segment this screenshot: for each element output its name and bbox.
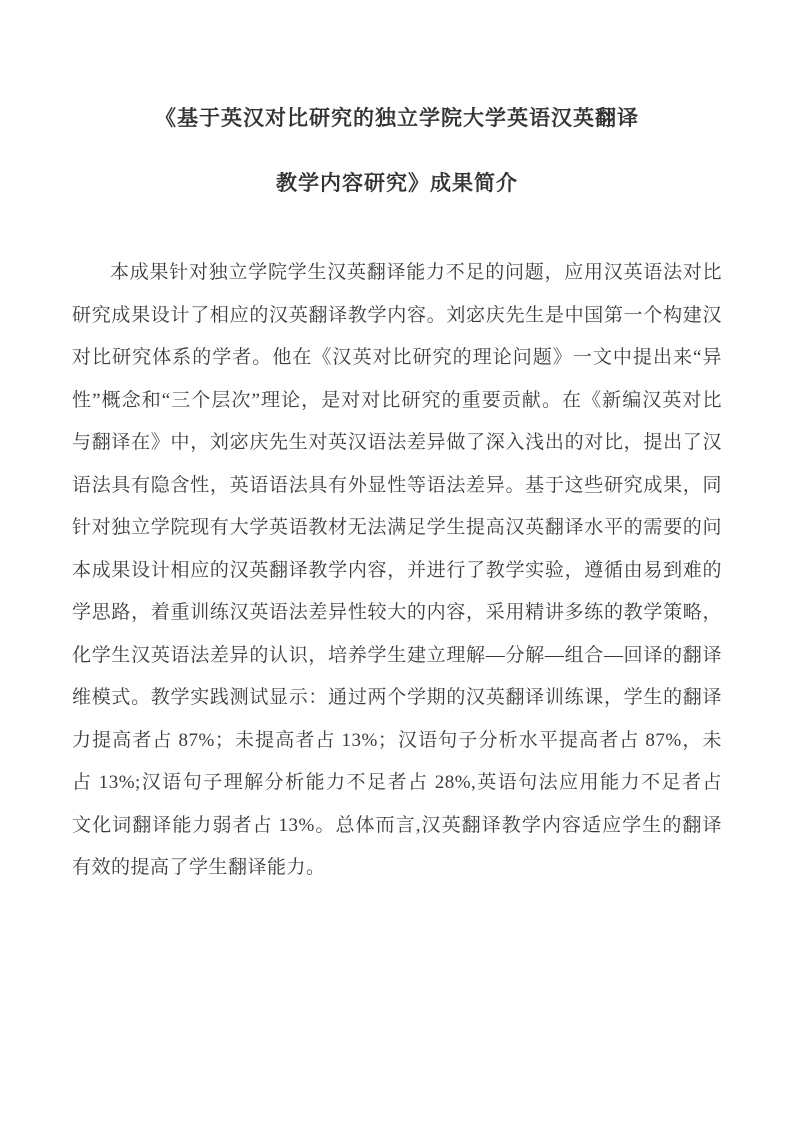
document-page: 《基于英汉对比研究的独立学院大学英语汉英翻译 教学内容研究》成果简介 本成果针对… — [0, 0, 794, 1123]
body-line: 文化词翻译能力弱者占 13%。总体而言,汉英翻译教学内容适应学生的翻译水平， — [72, 805, 722, 848]
body-line: 本成果设计相应的汉英翻译教学内容，并进行了教学实验，遵循由易到难的教 — [72, 550, 722, 593]
document-title: 《基于英汉对比研究的独立学院大学英语汉英翻译 教学内容研究》成果简介 — [72, 86, 722, 216]
body-line: 语法具有隐含性，英语语法具有外显性等语法差异。基于这些研究成果，同时 — [72, 465, 722, 508]
body-line: 学思路，着重训练汉英语法差异性较大的内容，采用精讲多练的教学策略，强 — [72, 592, 722, 635]
body-line: 维模式。教学实践测试显示：通过两个学期的汉英翻译训练课，学生的翻译能 — [72, 677, 722, 720]
body-line: 对比研究体系的学者。他在《汉英对比研究的理论问题》一文中提出来“异质 — [72, 337, 722, 380]
body-line: 有效的提高了学生翻译能力。 — [72, 847, 722, 890]
body-line: 针对独立学院现有大学英语教材无法满足学生提高汉英翻译水平的需要的问题， — [72, 507, 722, 550]
body-line: 力提高者占 87%；未提高者占 13%；汉语句子分析水平提高者占 87%，未提高… — [72, 720, 722, 763]
body-line: 性”概念和“三个层次”理论，是对对比研究的重要贡献。在《新编汉英对比 — [72, 380, 722, 423]
body-line: 占 13%;汉语句子理解分析能力不足者占 28%,英语句法应用能力不足者占 74… — [72, 762, 722, 805]
body-line: 化学生汉英语法差异的认识，培养学生建立理解—分解—组合—回译的翻译思 — [72, 635, 722, 678]
body-line: 研究成果设计了相应的汉英翻译教学内容。刘宓庆先生是中国第一个构建汉英 — [72, 295, 722, 338]
document-title-line-1: 《基于英汉对比研究的独立学院大学英语汉英翻译 — [72, 86, 722, 151]
body-line: 与翻译在》中，刘宓庆先生对英汉语法差异做了深入浅出的对比，提出了汉语 — [72, 422, 722, 465]
body-line: 本成果针对独立学院学生汉英翻译能力不足的问题，应用汉英语法对比的 — [72, 252, 722, 295]
document-body-paragraph: 本成果针对独立学院学生汉英翻译能力不足的问题，应用汉英语法对比的 研究成果设计了… — [72, 252, 722, 890]
document-title-line-2: 教学内容研究》成果简介 — [72, 151, 722, 216]
